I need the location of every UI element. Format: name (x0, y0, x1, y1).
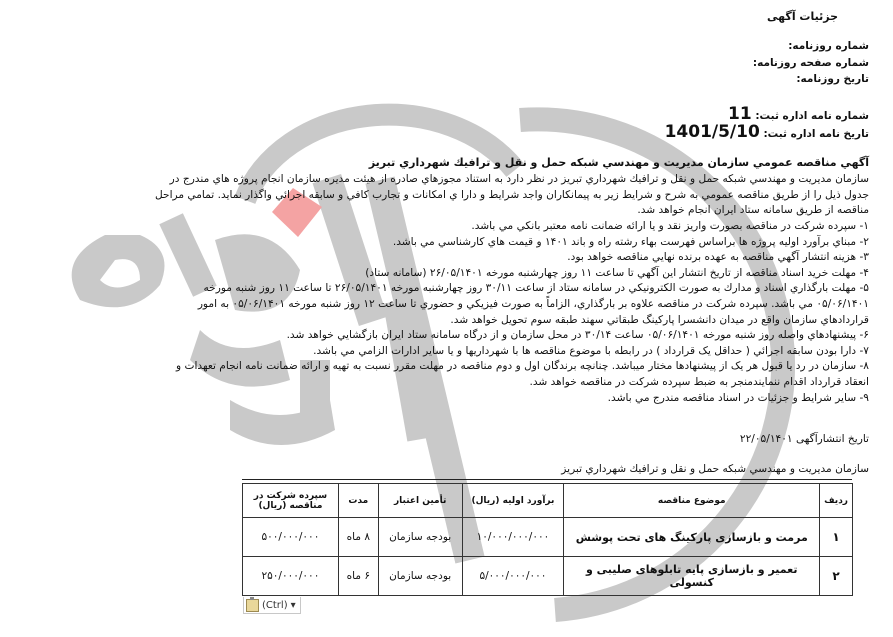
cell-duration: ۶ ماه (338, 557, 378, 596)
paste-options-label: (Ctrl) (262, 600, 288, 611)
organization-name: سازمان مديريت و مهندسي شبكه حمل و نقل و … (561, 463, 869, 475)
condition-item: ۱- سپرده شركت در مناقصه بصورت واريز نقد … (176, 219, 869, 235)
registration-letter-date-label: تاريخ نامه اداره ثبت: (763, 128, 869, 140)
registration-letter-number-label: شماره نامه اداره ثبت: (755, 110, 869, 122)
cell-estimate: ۱۰/۰۰۰/۰۰۰/۰۰۰ (462, 518, 564, 557)
condition-item: قراردادهاي سازمان واقع در ميدان دانشسرا … (176, 313, 869, 329)
tenders-table: ردیف موضوع مناقصه برآورد اولیه (ریال) تأ… (242, 483, 853, 596)
col-header-duration: مدت (338, 484, 378, 518)
clipboard-icon (246, 599, 259, 612)
condition-item: ۵- مهلت بارگذاري اسناد و مدارك به صورت ا… (176, 281, 869, 297)
col-header-funding: تأمین اعتبار (378, 484, 462, 518)
condition-item: ۹- ساير شرايط و جزئيات در اسناد مناقصه م… (176, 391, 869, 407)
publish-date: تاريخ انتشارآگهی ۲۲/۰۵/۱۴۰۱ (740, 433, 869, 445)
cell-row: ۲ (820, 557, 853, 596)
intro-line: مناقصه از طريق سامانه ستاد ايران انجام خ… (155, 203, 869, 219)
condition-item: ۶- پيشنهادهاي واصله روز شنبه مورخه ۰۵/۰۶… (176, 328, 869, 344)
registration-letter-number: شماره نامه اداره ثبت: 11 (728, 104, 869, 124)
condition-item: ۸- سازمان در رد يا قبول هر يک از پيشنهاد… (176, 359, 869, 375)
cell-deposit: ۵۰۰/۰۰۰/۰۰۰ (243, 518, 339, 557)
col-header-row: ردیف (820, 484, 853, 518)
registration-letter-date: تاريخ نامه اداره ثبت: 1401/5/10 (665, 122, 869, 142)
registration-letter-date-value: 1401/5/10 (665, 122, 760, 142)
cell-subject: تعمیر و بازسازی پایه تابلوهای صلیبی و کن… (564, 557, 820, 596)
table-header-row: ردیف موضوع مناقصه برآورد اولیه (ریال) تأ… (243, 484, 853, 518)
registration-letter-number-value: 11 (728, 104, 752, 124)
col-header-subject: موضوع مناقصه (564, 484, 820, 518)
newspaper-number-label: شماره روزنامه: (788, 40, 869, 52)
divider (242, 479, 852, 480)
condition-item: انعقاد قرارداد اقدام ننمايندمنجر به ضبط … (176, 375, 869, 391)
cell-row: ۱ (820, 518, 853, 557)
page-title: جزئيات آگهی (767, 10, 838, 23)
ad-details-document: جزئيات آگهی شماره روزنامه: شماره صفحه رو… (0, 0, 893, 637)
cell-funding: بودجه سازمان (378, 518, 462, 557)
cell-estimate: ۵/۰۰۰/۰۰۰/۰۰۰ (462, 557, 564, 596)
notice-headline: آگهي مناقصه عمومي سازمان مديريت و مهندسي… (369, 156, 869, 169)
cell-funding: بودجه سازمان (378, 557, 462, 596)
notice-intro: سازمان مديريت و مهندسي شبكه حمل و نقل و … (155, 172, 869, 219)
cell-duration: ۸ ماه (338, 518, 378, 557)
col-header-estimate: برآورد اولیه (ریال) (462, 484, 564, 518)
newspaper-date-label: تاريخ روزنامه: (796, 73, 869, 85)
condition-item: ۰۵/۰۶/۱۴۰۱ مي باشد. سپرده شركت در مناقصه… (176, 297, 869, 313)
table-row: ۲ تعمیر و بازسازی پایه تابلوهای صلیبی و … (243, 557, 853, 596)
table-row: ۱ مرمت و بازسازی پارکینگ های تحت پوشش ۱۰… (243, 518, 853, 557)
chevron-down-icon: ▾ (291, 600, 296, 611)
intro-line: سازمان مديريت و مهندسي شبكه حمل و نقل و … (155, 172, 869, 188)
cell-deposit: ۲۵۰/۰۰۰/۰۰۰ (243, 557, 339, 596)
col-header-deposit: سپرده شرکت در مناقصه (ریال) (243, 484, 339, 518)
condition-item: ۷- دارا بودن سابقه اجرائي ( حداقل يک قرا… (176, 344, 869, 360)
intro-line: جدول ذيل را از طريق مناقصه عمومي به شرح … (155, 188, 869, 204)
paste-options-button[interactable]: (Ctrl) ▾ (243, 597, 301, 614)
condition-item: ۴- مهلت خريد اسناد مناقصه از تاريخ انتشا… (176, 266, 869, 282)
cell-subject: مرمت و بازسازی پارکینگ های تحت پوشش (564, 518, 820, 557)
notice-conditions: ۱- سپرده شركت در مناقصه بصورت واريز نقد … (176, 219, 869, 406)
condition-item: ۲- مبناي برآورد اوليه پروژه ها براساس فه… (176, 235, 869, 251)
condition-item: ۳- هزينه انتشار آگهي مناقصه به عهده برند… (176, 250, 869, 266)
newspaper-page-label: شماره صفحه روزنامه: (753, 57, 869, 69)
